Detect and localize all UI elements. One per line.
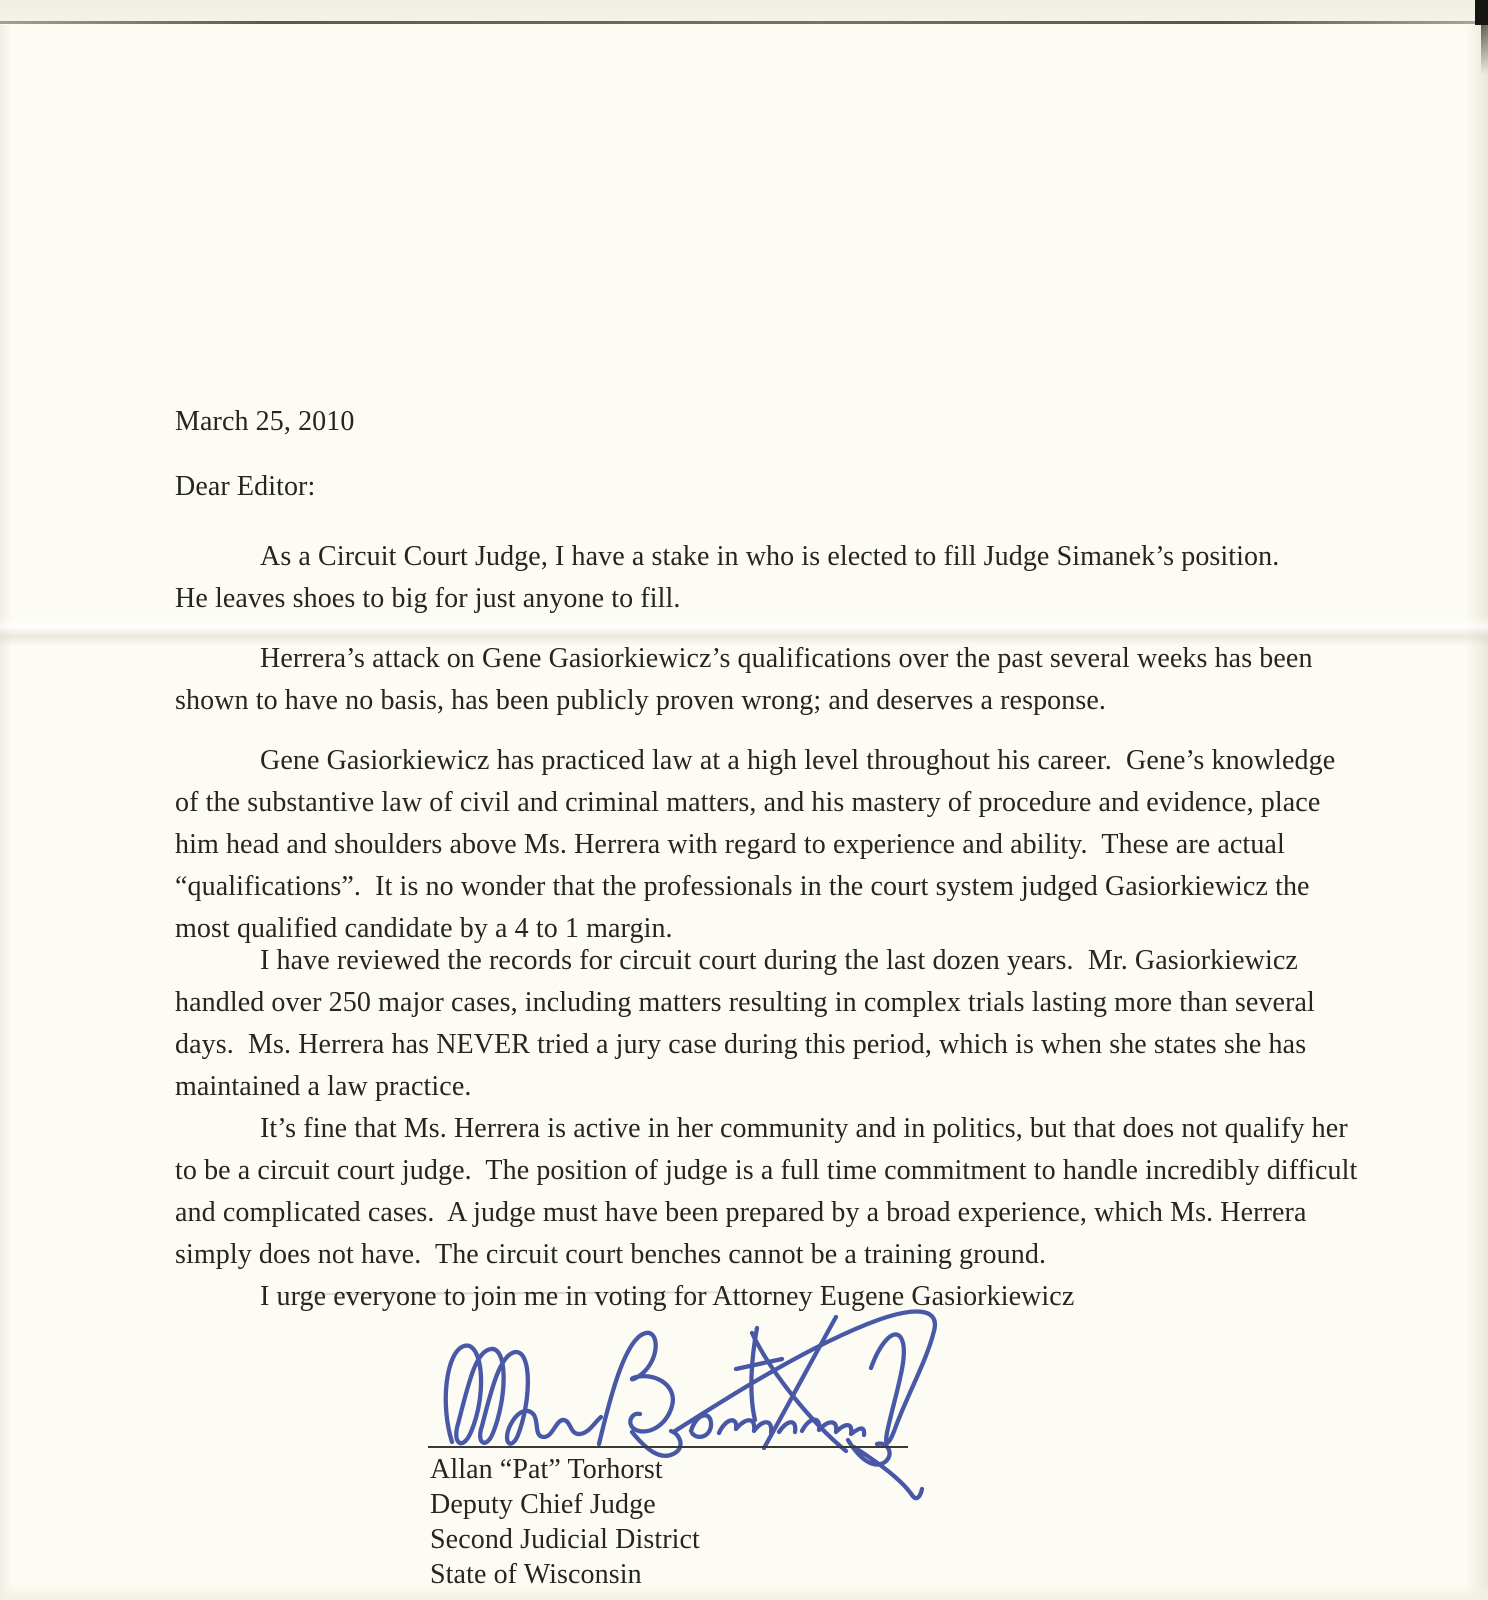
signature-line: [428, 1446, 908, 1448]
paragraph-line: and complicated cases. A judge must have…: [175, 1192, 1357, 1234]
paragraph-4: I have reviewed the records for circuit …: [175, 940, 1315, 1108]
paragraph-line: Herrera’s attack on Gene Gasiorkiewicz’s…: [175, 638, 1313, 680]
scan-paper-edge-line: [0, 21, 1488, 24]
signature-block: Allan “Pat” Torhorst Deputy Chief Judge …: [430, 1452, 700, 1592]
paragraph-line: of the substantive law of civil and crim…: [175, 782, 1335, 824]
paragraph-line: to be a circuit court judge. The positio…: [175, 1150, 1357, 1192]
scan-corner-artifact: [1475, 0, 1488, 25]
paragraph-line: Gene Gasiorkiewicz has practiced law at …: [175, 740, 1335, 782]
paragraph-1: As a Circuit Court Judge, I have a stake…: [175, 536, 1279, 620]
signature-stroke-sweep: [675, 1311, 935, 1442]
paragraph-3: Gene Gasiorkiewicz has practiced law at …: [175, 740, 1335, 950]
signer-state: State of Wisconsin: [430, 1557, 700, 1592]
closing-line: I urge everyone to join me in voting for…: [175, 1276, 1074, 1318]
paper-right-edge-shadow: [1466, 25, 1488, 1600]
paragraph-line: shown to have no basis, has been publicl…: [175, 680, 1313, 722]
paragraph-2: Herrera’s attack on Gene Gasiorkiewicz’s…: [175, 638, 1313, 722]
paragraph-line: him head and shoulders above Ms. Herrera…: [175, 824, 1335, 866]
paragraph-line: I have reviewed the records for circuit …: [175, 940, 1315, 982]
signature-stroke-letters: [691, 1415, 864, 1437]
signer-name: Allan “Pat” Torhorst: [430, 1452, 700, 1487]
scanned-letter-page: March 25, 2010 Dear Editor: As a Circuit…: [0, 0, 1488, 1600]
paragraph-line: handled over 250 major cases, including …: [175, 982, 1315, 1024]
signature-stroke-allan: [446, 1346, 601, 1444]
signature-stroke-crossings: [736, 1317, 846, 1451]
scan-top-margin: [0, 0, 1488, 22]
paragraph-line: As a Circuit Court Judge, I have a stake…: [175, 536, 1279, 578]
paragraph-line: “qualifications”. It is no wonder that t…: [175, 866, 1335, 908]
letter-salutation: Dear Editor:: [175, 466, 315, 508]
signer-title: Deputy Chief Judge: [430, 1487, 700, 1522]
paragraph-line: maintained a law practice.: [175, 1066, 1315, 1108]
paragraph-5: It’s fine that Ms. Herrera is active in …: [175, 1108, 1357, 1276]
paragraph-line: days. Ms. Herrera has NEVER tried a jury…: [175, 1024, 1315, 1066]
signer-district: Second Judicial District: [430, 1522, 700, 1557]
signature-stroke-tail: [848, 1440, 922, 1498]
paragraph-line: It’s fine that Ms. Herrera is active in …: [175, 1108, 1357, 1150]
paragraph-line: He leaves shoes to big for just anyone t…: [175, 578, 1279, 620]
signature-stroke-b: [599, 1333, 681, 1456]
paper-bottom-edge-shadow: [0, 1584, 1488, 1600]
letter-date: March 25, 2010: [175, 401, 354, 443]
paragraph-line: simply does not have. The circuit court …: [175, 1234, 1357, 1276]
paper-left-edge-shadow: [0, 25, 12, 1600]
